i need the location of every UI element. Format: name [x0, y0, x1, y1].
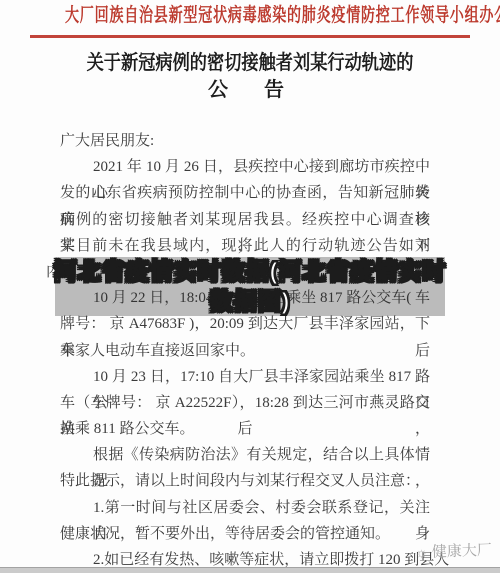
- overlay-title: 河北省疫情实时数据(河北省疫情实时 数据图): [0, 256, 500, 316]
- body-line: 病例的密切接触者刘某现居我县。经疾控中心调查核实，刘: [60, 207, 430, 233]
- body-line: 健康状况，暂不要外出，等待居委会的管控通知。: [60, 521, 430, 547]
- issuer-header: 大厂回族自治县新型冠状病毒感染的肺炎疫情防控工作领导小组办公室: [65, 3, 435, 28]
- body-line: 发的山东省疾病预防控制中心的协查函，告知新冠肺炎确诊: [60, 180, 430, 206]
- body-line: 根据《传染病防治法》有关规定，结合以上具体情况，: [60, 442, 430, 468]
- document-title: 关于新冠病例的密切接触者刘某行动轨迹的 公 告: [0, 51, 500, 102]
- body-line: 广大居民朋友:: [60, 128, 430, 154]
- overlay-title-line2: 数据图): [0, 286, 500, 316]
- watermark-label: 健康大厂: [432, 539, 493, 562]
- notice-screenshot: 大厂回族自治县新型冠状病毒感染的肺炎疫情防控工作领导小组办公室 关于新冠病例的密…: [0, 0, 500, 573]
- overlay-title-line1: 河北省疫情实时数据(河北省疫情实时: [0, 256, 500, 286]
- health-dachang-logo-icon: ☼: [415, 544, 428, 558]
- body-line: 特此提示，请以上时间段内与刘某行程交叉人员注意：: [60, 468, 430, 494]
- watermark: ☼ 健康大厂: [415, 539, 493, 563]
- body-line: 某目前未在我县域内，现将此人的行动轨迹公告如下（公告: [60, 233, 430, 259]
- body-line: 1.第一时间与社区居委会、村委会联系登记，关注自身: [60, 495, 430, 521]
- bottom-edge-bar: [0, 567, 500, 573]
- body-line: 10 月 23 日，17:10 自大厂县丰泽家园站乘坐 817 路公交: [60, 364, 430, 390]
- body-line: 2021 年 10 月 26 日，县疾控中心接到廊坊市疾控中心转: [60, 154, 430, 180]
- document-title-line2: 公 告: [0, 78, 500, 102]
- red-divider: [30, 35, 470, 38]
- notice-body: 广大居民朋友: 2021 年 10 月 26 日，县疾控中心接到廊坊市疾控中心转…: [60, 128, 430, 573]
- body-line: 车（车牌号： 京 A22522F），18:28 到达三河市燕灵路口站后，: [60, 390, 430, 416]
- document-title-line1: 关于新冠病例的密切接触者刘某行动轨迹的: [35, 51, 465, 75]
